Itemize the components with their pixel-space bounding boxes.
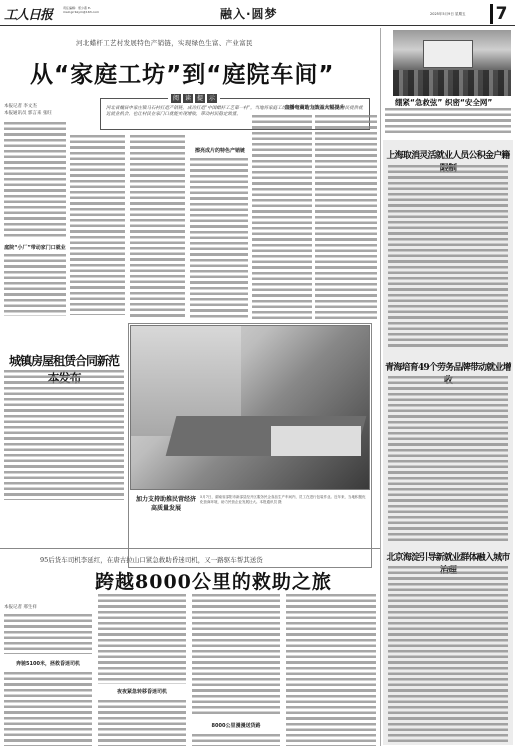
bottom-body-col-2b: [98, 700, 186, 746]
main-body-col-6: [315, 115, 377, 320]
subhead-rescue: 奔驰5100米，拯救昏迷司机: [4, 660, 92, 667]
main-body-col-2: [70, 135, 125, 315]
right-body-shanghai: [388, 165, 508, 350]
editor-info: 责任编辑：邢少燕 E-mail:grrbzym@163.com: [63, 6, 123, 14]
masthead: 工人日报 责任编辑：邢少燕 E-mail:grrbzym@163.com 融入·…: [0, 0, 515, 26]
rental-contract-body: [4, 370, 124, 500]
main-kicker: 河北蜡杆工艺村发展特色产销链，实现绿色生富、产业富民: [76, 38, 253, 47]
bottom-headline: 跨越8000公里的救助之旅: [95, 567, 332, 594]
photo-caption-headline: 加力支持助推民营经济高质量发展: [136, 495, 196, 513]
photo-caption: 5月7日，湖南省邵阳市新邵县经开区服务民企食品生产车间内，员工在进行包装作业。近…: [200, 495, 366, 520]
subhead-delivery: 8000公里漫漫送货路: [192, 722, 280, 729]
newspaper-logo: 工人日报: [4, 4, 52, 23]
issue-date: 2025年5月9日 星期五: [430, 12, 465, 17]
bottom-body-col-3a: [192, 594, 280, 714]
photo-people: [393, 70, 511, 96]
bottom-body-col-1b: [4, 672, 92, 746]
main-body-col-4: [190, 158, 248, 318]
main-body-col-1: [4, 122, 66, 237]
main-headline: 从“家庭工坊”到“庭院车间”: [30, 56, 334, 89]
subhead-live-commerce: 直播电商助力效益大幅提升: [252, 104, 377, 111]
section-title: 融入·圆梦: [220, 5, 278, 22]
main-body-col-5: [252, 115, 312, 320]
subhead-courtyard-factory: 庭院“小厂”带动家门口就业: [4, 244, 66, 251]
right-body-qinghai: [388, 376, 508, 541]
main-body-col-3: [130, 135, 185, 320]
right-photo-title: 绷紧“急救弦” 织密“安全网”: [395, 97, 492, 108]
bottom-body-col-3b: [192, 734, 280, 746]
photo-first-aid-training: [393, 30, 511, 96]
bottom-body-col-4: [286, 594, 376, 746]
subhead-transfer: 夜夜紧急转移昏迷司机: [98, 688, 186, 695]
section-divider: [0, 548, 380, 549]
main-body-col-1b: [4, 254, 66, 316]
column-divider: [380, 28, 381, 746]
bottom-body-col-1a: [4, 614, 92, 654]
photo-factory-workers: [130, 325, 370, 490]
bottom-byline: 本报记者 邢生祥: [4, 604, 37, 610]
bottom-body-col-2a: [98, 594, 186, 684]
right-body-beijing: [388, 566, 508, 742]
reading-tips-label: 阅 读 提 示: [168, 94, 220, 103]
subhead-industry-chain: 擦亮成片的特色产销链: [190, 147, 250, 154]
byline-reporter: 本报记者 李文杰: [4, 103, 37, 109]
byline-correspondent: 本报通讯员 郭言来 张旺: [4, 110, 52, 116]
photo-screen: [423, 40, 473, 68]
page-number: 7: [490, 4, 510, 24]
right-photo-text: [385, 108, 511, 136]
bottom-kicker: 95后货车司机李延红，在唐古拉山口紧急救助昏迷司机，又一路驱车帮其送货: [40, 555, 263, 564]
photo-tray: [271, 426, 361, 456]
